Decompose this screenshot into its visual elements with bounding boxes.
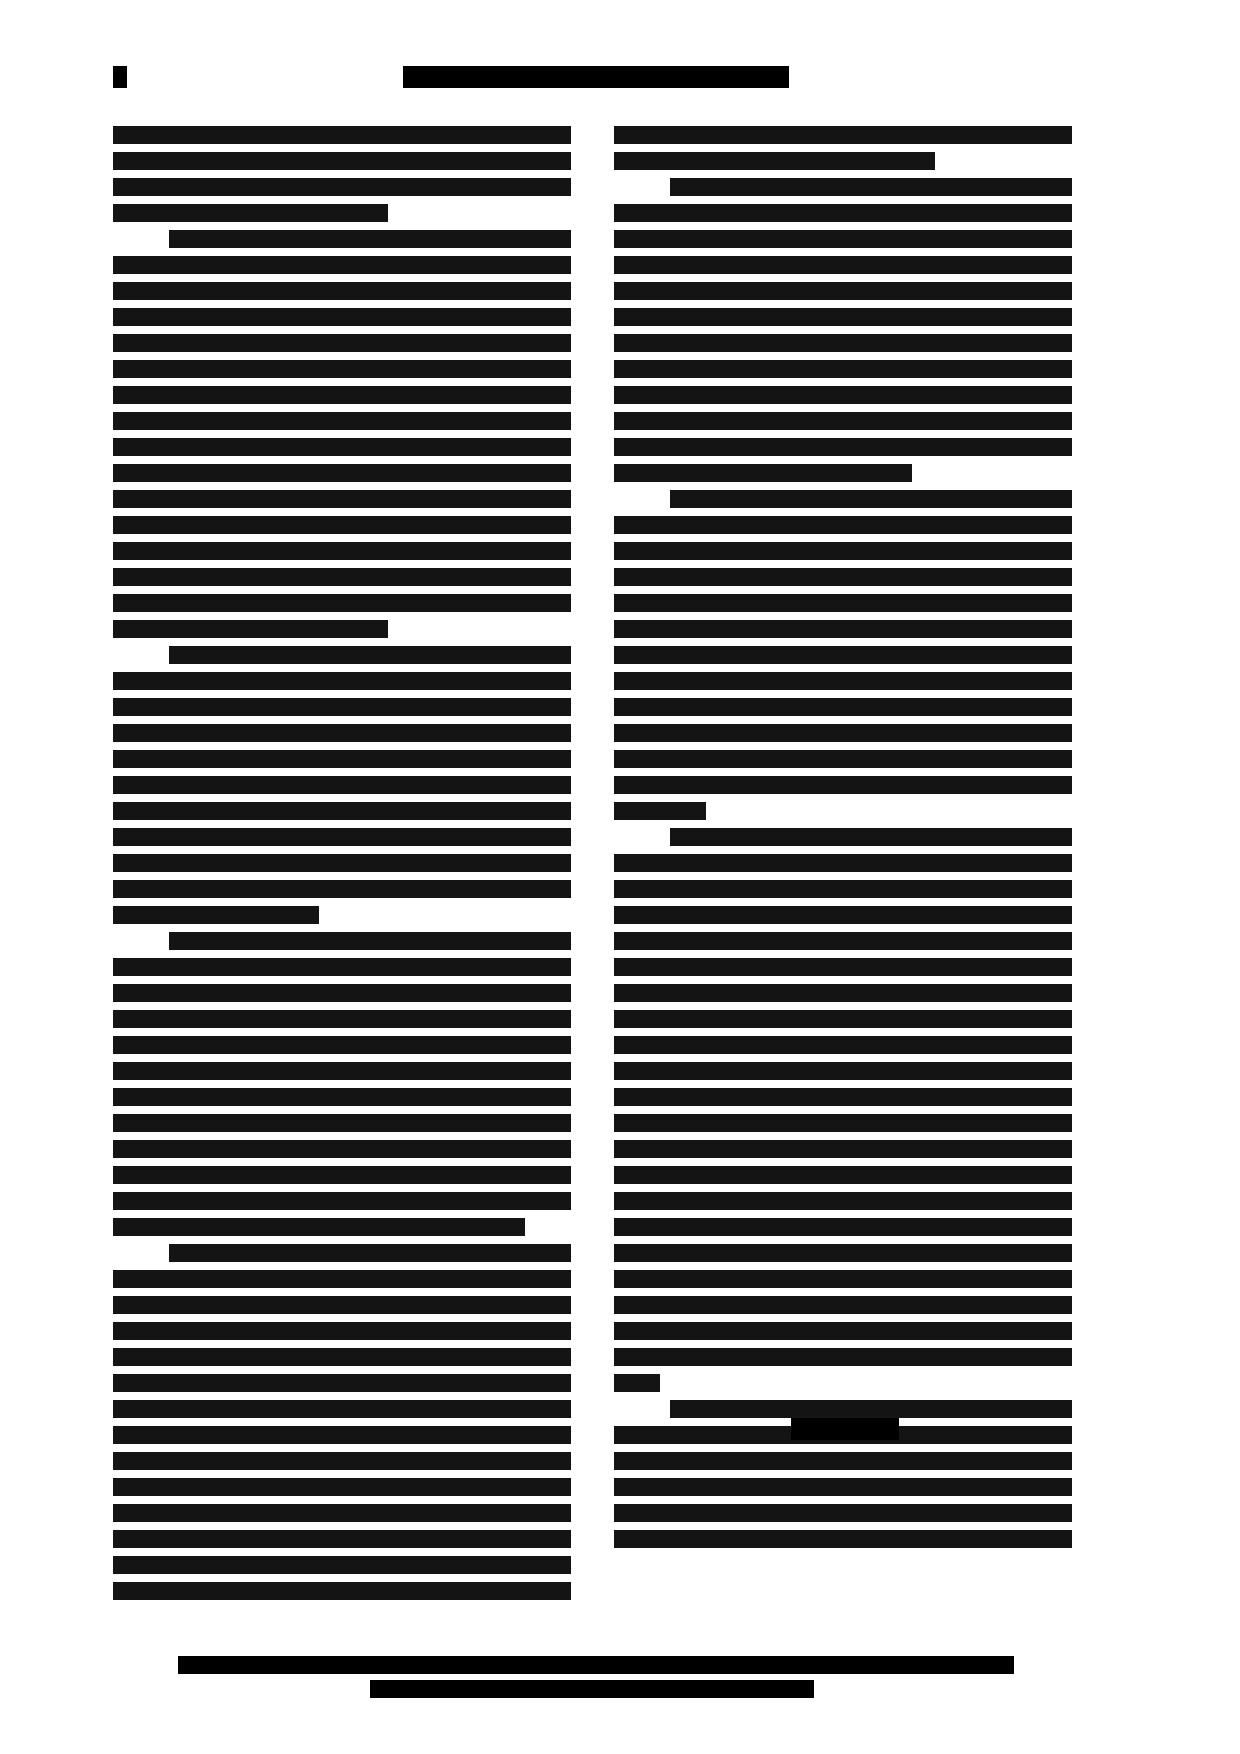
redacted-text-line [113,1270,571,1288]
redacted-text-line [113,126,571,144]
redacted-text-line [113,958,571,976]
redacted-text-line [113,984,571,1002]
redacted-text-line [614,282,1072,300]
redacted-text-line [113,282,571,300]
redacted-paragraph [113,646,571,924]
redacted-text-line [113,802,571,820]
redacted-text-line [614,568,1072,586]
redacted-text-line [614,984,1072,1002]
footnote-line [370,1680,814,1698]
redacted-text-line [113,1478,571,1496]
redacted-text-line [113,516,571,534]
redacted-text-line [113,1166,571,1184]
redacted-text-line [614,620,1072,638]
redacted-text-line [113,906,319,924]
redacted-text-line [113,1504,571,1522]
redacted-text-line [113,1374,571,1392]
redacted-text-line [614,594,1072,612]
redacted-text-line [614,1088,1072,1106]
redacted-text-line [169,646,571,664]
redacted-text-line [113,386,571,404]
redacted-text-line [113,438,571,456]
redacted-text-line [614,672,1072,690]
redacted-text-line [614,1504,1072,1522]
redacted-text-line [614,776,1072,794]
redacted-text-line [113,750,571,768]
redacted-text-line [113,490,571,508]
redacted-text-line [614,750,1072,768]
redacted-text-line [113,568,571,586]
redacted-text-line [614,1452,1072,1470]
redacted-text-line [113,828,571,846]
redacted-text-line [113,1322,571,1340]
redacted-text-line [113,1062,571,1080]
redacted-text-line [113,360,571,378]
redacted-text-line [113,1296,571,1314]
redacted-text-line [113,698,571,716]
redacted-text-line [113,1530,571,1548]
right-column [614,126,1072,1556]
redacted-text-line [614,854,1072,872]
redacted-text-line [614,1218,1072,1236]
redacted-text-line [113,1114,571,1132]
redacted-text-line [614,334,1072,352]
redacted-text-line [113,724,571,742]
redacted-text-line [113,1400,571,1418]
redacted-text-line [614,386,1072,404]
redacted-text-line [113,854,571,872]
footnote-line: [redacted] [178,1656,1014,1674]
redacted-text-line [614,1348,1072,1366]
redacted-text-line [113,334,571,352]
redacted-paragraph [113,126,571,222]
redacted-text-line [614,412,1072,430]
redacted-text-line [614,958,1072,976]
redacted-paragraph [614,828,1072,1392]
redacted-paragraph [614,490,1072,820]
redacted-text-line [614,932,1072,950]
redacted-text-line [113,1192,571,1210]
redacted-text-line [614,256,1072,274]
redacted-text-line [113,464,571,482]
redacted-paragraph [113,230,571,638]
redacted-paragraph [614,126,1072,170]
redacted-text-line [113,256,571,274]
redacted-text-line [614,516,1072,534]
redacted-text-line [113,1218,525,1236]
redacted-text-line [113,1140,571,1158]
redacted-text-line [614,308,1072,326]
redacted-text-line [614,802,706,820]
redacted-text-line [614,542,1072,560]
redacted-text-line [614,1036,1072,1054]
redacted-text-line [670,178,1072,196]
redacted-text-line [113,1452,571,1470]
redacted-text-line [614,1296,1072,1314]
redacted-text-line [614,1140,1072,1158]
redacted-text-line [169,1244,571,1262]
redacted-paragraph [113,1244,571,1600]
redacted-text-line [169,932,571,950]
redacted-text-line [113,412,571,430]
redacted-text-line [113,204,388,222]
redacted-text-line [614,906,1072,924]
left-column [113,126,571,1608]
redacted-text-line [614,1270,1072,1288]
running-header: [redacted] [403,66,789,88]
redacted-text-line [169,230,571,248]
redacted-text-line [614,646,1072,664]
redacted-text-line [614,1114,1072,1132]
redacted-text-line [113,178,571,196]
redacted-text-line [614,464,912,482]
redacted-text-line [614,1530,1072,1548]
redacted-text-line [614,1244,1072,1262]
redacted-text-line [113,880,571,898]
section-heading: [redacted] [791,1418,899,1440]
redacted-text-line [614,152,935,170]
redacted-text-line [614,126,1072,144]
redacted-text-line [614,698,1072,716]
redacted-text-line [113,1556,571,1574]
redacted-text-line [614,1010,1072,1028]
page-number: [redacted] [113,66,127,88]
redacted-text-line [670,1400,1072,1418]
redacted-text-line [113,542,571,560]
redacted-text-line [614,438,1072,456]
redacted-text-line [614,1322,1072,1340]
redacted-text-line [614,1374,660,1392]
redacted-text-line [113,776,571,794]
redacted-text-line [113,1088,571,1106]
redacted-text-line [113,152,571,170]
redacted-text-line [113,620,388,638]
redacted-text-line [113,1582,571,1600]
redacted-text-line [614,360,1072,378]
redacted-text-line [113,672,571,690]
redacted-text-line [113,1426,571,1444]
redacted-text-line [614,724,1072,742]
redacted-text-line [670,828,1072,846]
redacted-text-line [614,1478,1072,1496]
redacted-paragraph [113,932,571,1236]
redacted-text-line [614,1062,1072,1080]
redacted-text-line [670,490,1072,508]
redacted-text-line [113,1348,571,1366]
redacted-text-line [113,1010,571,1028]
redacted-text-line [113,594,571,612]
redacted-text-line [113,308,571,326]
redacted-paragraph [614,178,1072,482]
redacted-text-line [113,1036,571,1054]
redacted-text-line [614,880,1072,898]
redacted-text-line [614,204,1072,222]
redacted-text-line [614,1166,1072,1184]
redacted-text-line [614,230,1072,248]
redacted-text-line [614,1192,1072,1210]
